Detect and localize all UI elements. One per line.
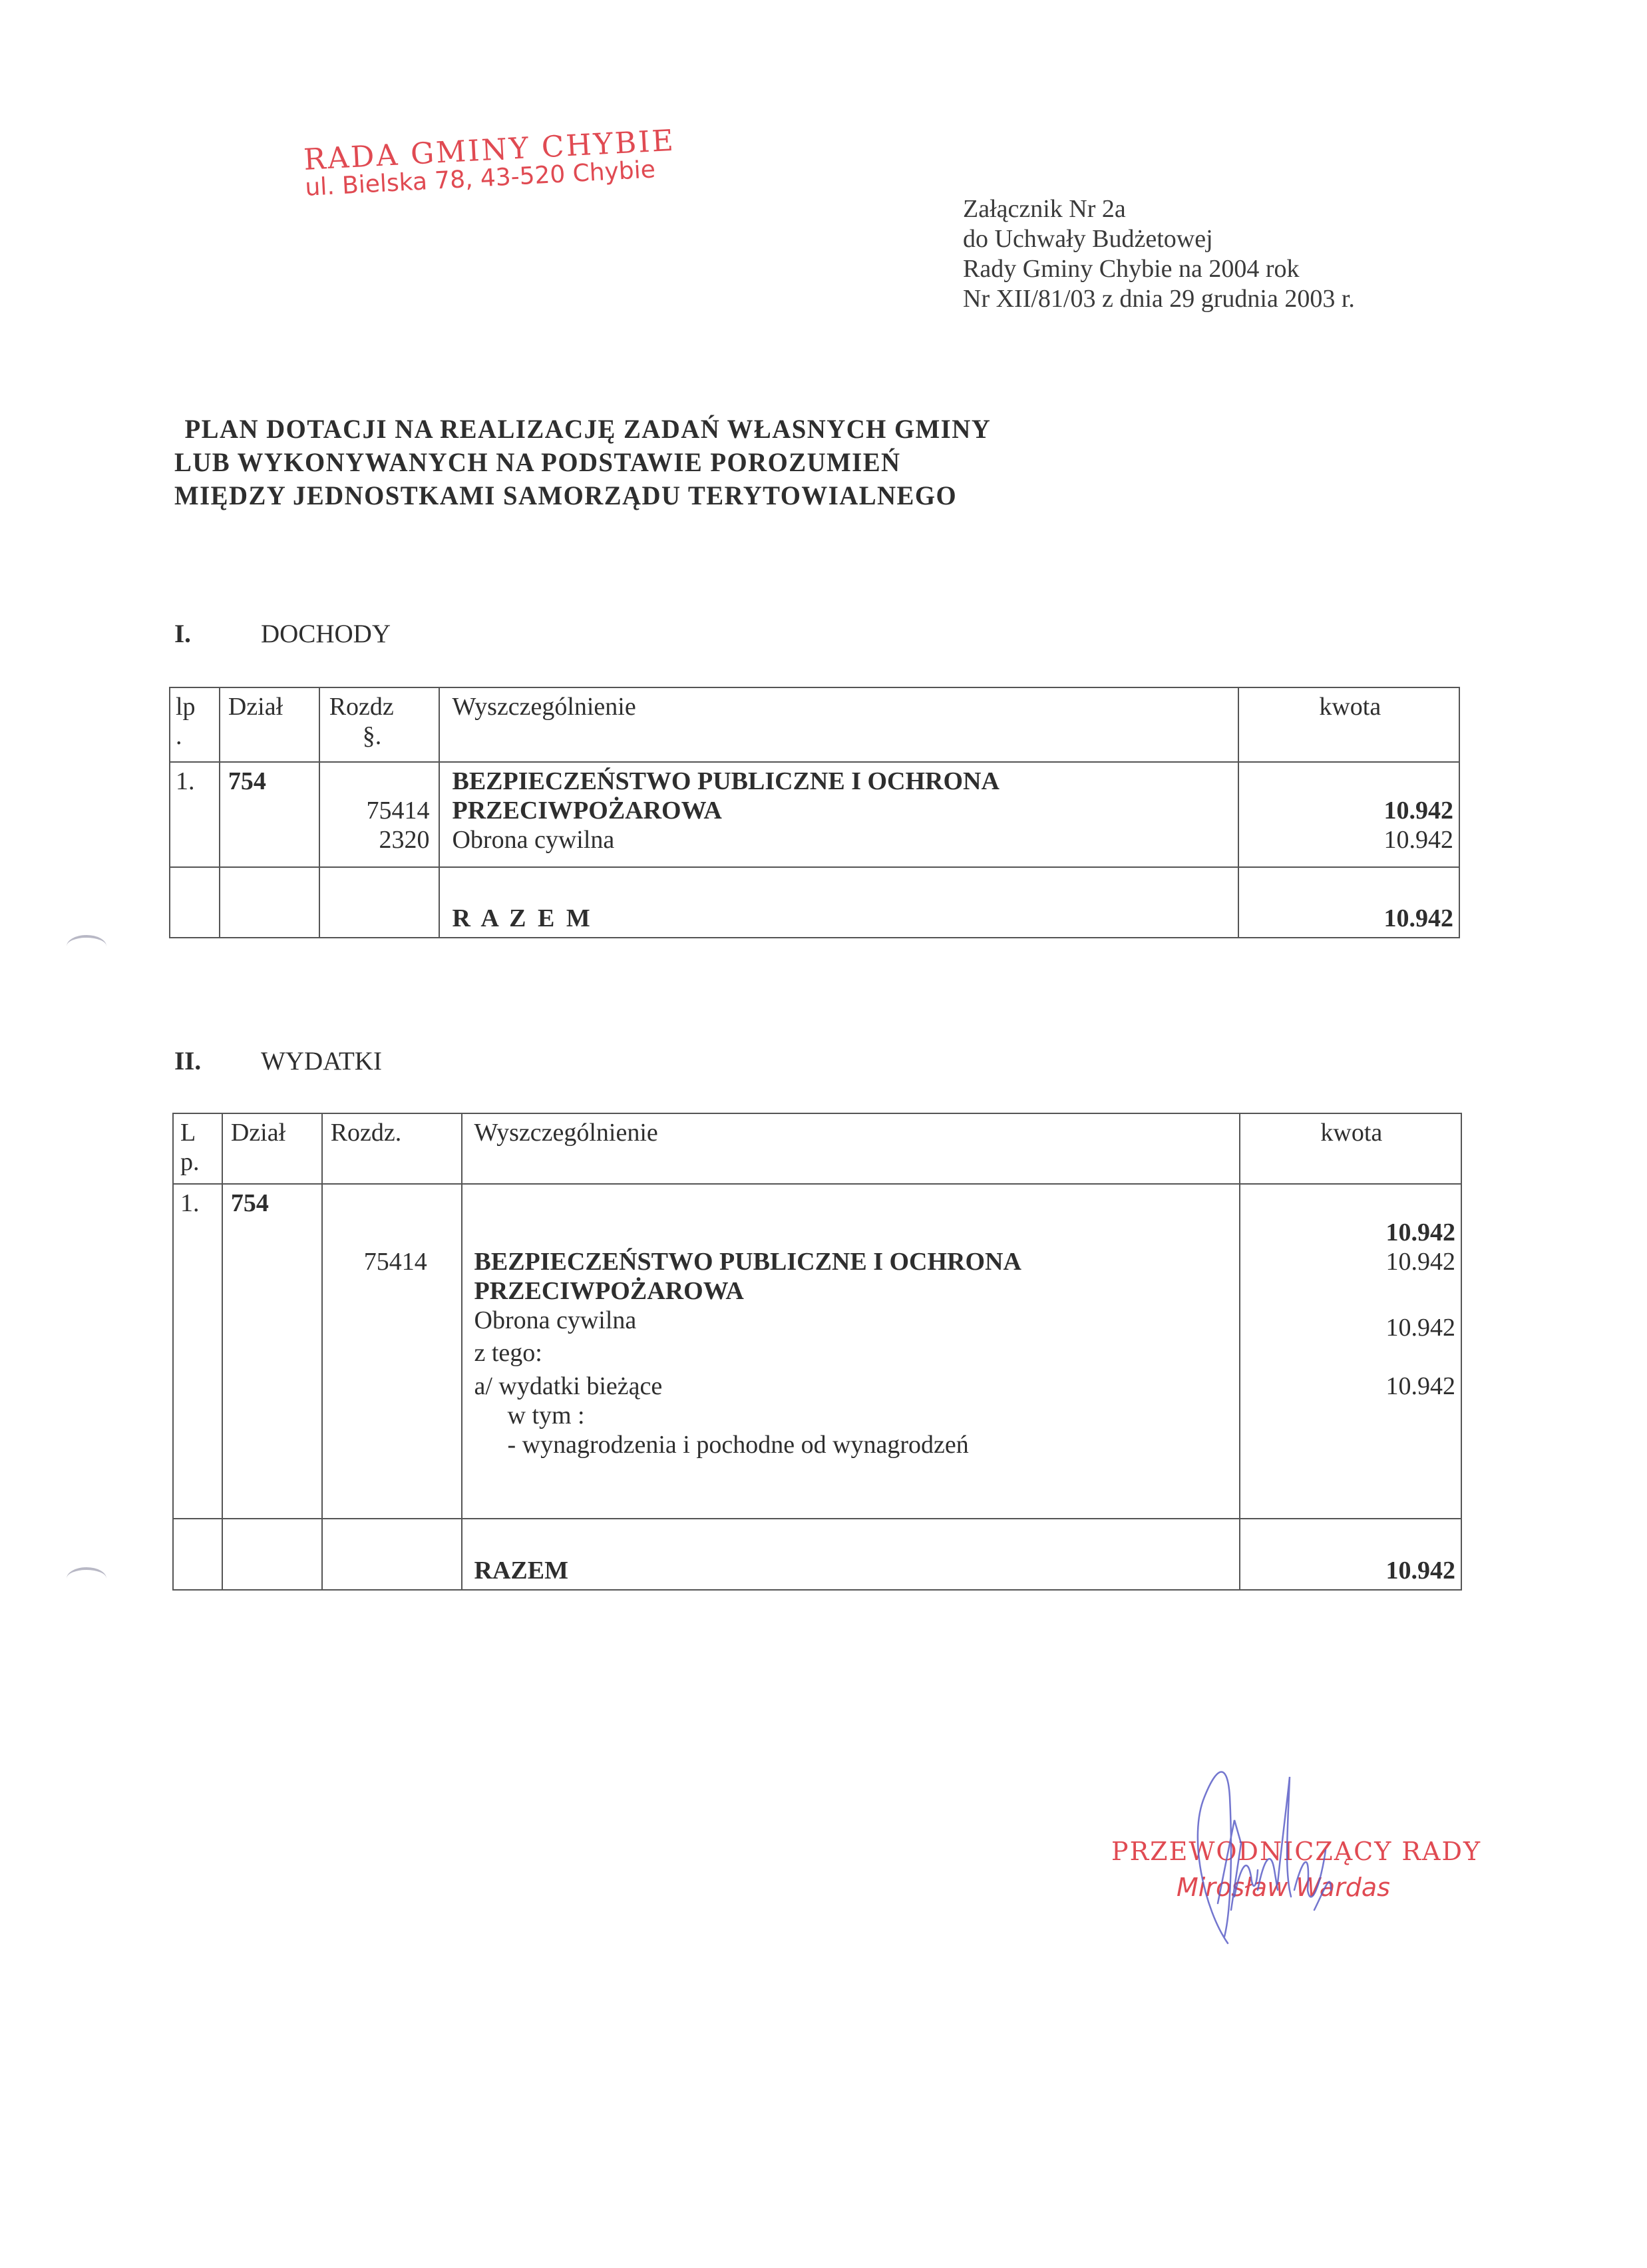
row-dzial: 754 — [222, 1184, 322, 1519]
income-table: lp. Dział Rozdz§. Wyszczególnienie kwota… — [169, 687, 1460, 938]
section-expenses-heading: II.WYDATKI — [174, 1046, 382, 1076]
header-dzial: Dział — [220, 687, 319, 762]
section-income-heading: I.DOCHODY — [174, 619, 391, 649]
title-line: LUB WYKONYWANYCH NA PODSTAWIE POROZUMIEŃ — [174, 446, 1437, 479]
total-label: RAZEM — [462, 1519, 1240, 1590]
table-row: 1. 754 754142320 BEZPIECZEŃSTWO PUBLICZN… — [170, 762, 1459, 867]
total-amount: 10.942 — [1240, 1519, 1461, 1590]
table-total-row: R A Z E M 10.942 — [170, 867, 1459, 938]
section-title: DOCHODY — [261, 620, 391, 648]
table-row: 1. 754 75414 BEZPIECZEŃSTWO PUBLICZNE I … — [173, 1184, 1461, 1519]
row-lp: 1. — [170, 762, 220, 867]
title-line: MIĘDZY JEDNOSTKAMI SAMORZĄDU TERYTOWIALN… — [174, 479, 1437, 512]
table-header-row: Lp. Dział Rozdz. Wyszczególnienie kwota — [173, 1113, 1461, 1184]
row-rozdz: 754142320 — [319, 762, 440, 867]
row-description: BEZPIECZEŃSTWO PUBLICZNE I OCHRONAPRZECI… — [439, 762, 1238, 867]
punch-hole-mark — [67, 1567, 106, 1590]
expenses-table: Lp. Dział Rozdz. Wyszczególnienie kwota … — [172, 1113, 1462, 1591]
attachment-line: Rady Gminy Chybie na 2004 rok — [963, 254, 1355, 284]
row-description: BEZPIECZEŃSTWO PUBLICZNE I OCHRONAPRZECI… — [462, 1184, 1240, 1519]
handwritten-signature — [1178, 1757, 1397, 1950]
row-lp: 1. — [173, 1184, 222, 1519]
section-number: I. — [174, 619, 261, 649]
row-amount: 10.94210.94210.94210.942 — [1240, 1184, 1461, 1519]
header-amount: kwota — [1240, 1113, 1461, 1184]
council-stamp: RADA GMINY CHYBIE ul. Bielska 78, 43-520… — [303, 124, 677, 202]
header-description: Wyszczególnienie — [439, 687, 1238, 762]
section-number: II. — [174, 1046, 261, 1076]
section-title: WYDATKI — [261, 1047, 382, 1075]
table-header-row: lp. Dział Rozdz§. Wyszczególnienie kwota — [170, 687, 1459, 762]
header-lp: Lp. — [173, 1113, 222, 1184]
header-rozdz: Rozdz. — [322, 1113, 462, 1184]
header-rozdz: Rozdz§. — [319, 687, 440, 762]
attachment-line: do Uchwały Budżetowej — [963, 224, 1355, 254]
table-total-row: RAZEM 10.942 — [173, 1519, 1461, 1590]
header-description: Wyszczególnienie — [462, 1113, 1240, 1184]
document-title: PLAN DOTACJI NA REALIZACJĘ ZADAŃ WŁASNYC… — [174, 413, 1437, 512]
header-dzial: Dział — [222, 1113, 322, 1184]
row-rozdz: 75414 — [322, 1184, 462, 1519]
header-lp: lp. — [170, 687, 220, 762]
punch-hole-mark — [67, 935, 106, 958]
total-label: R A Z E M — [439, 867, 1238, 938]
header-amount: kwota — [1238, 687, 1459, 762]
row-dzial: 754 — [220, 762, 319, 867]
title-line: PLAN DOTACJI NA REALIZACJĘ ZADAŃ WŁASNYC… — [174, 413, 1437, 446]
attachment-line: Nr XII/81/03 z dnia 29 grudnia 2003 r. — [963, 284, 1355, 314]
row-amount: 10.94210.942 — [1238, 762, 1459, 867]
total-amount: 10.942 — [1238, 867, 1459, 938]
attachment-reference: Załącznik Nr 2a do Uchwały Budżetowej Ra… — [963, 194, 1355, 314]
attachment-line: Załącznik Nr 2a — [963, 194, 1355, 224]
